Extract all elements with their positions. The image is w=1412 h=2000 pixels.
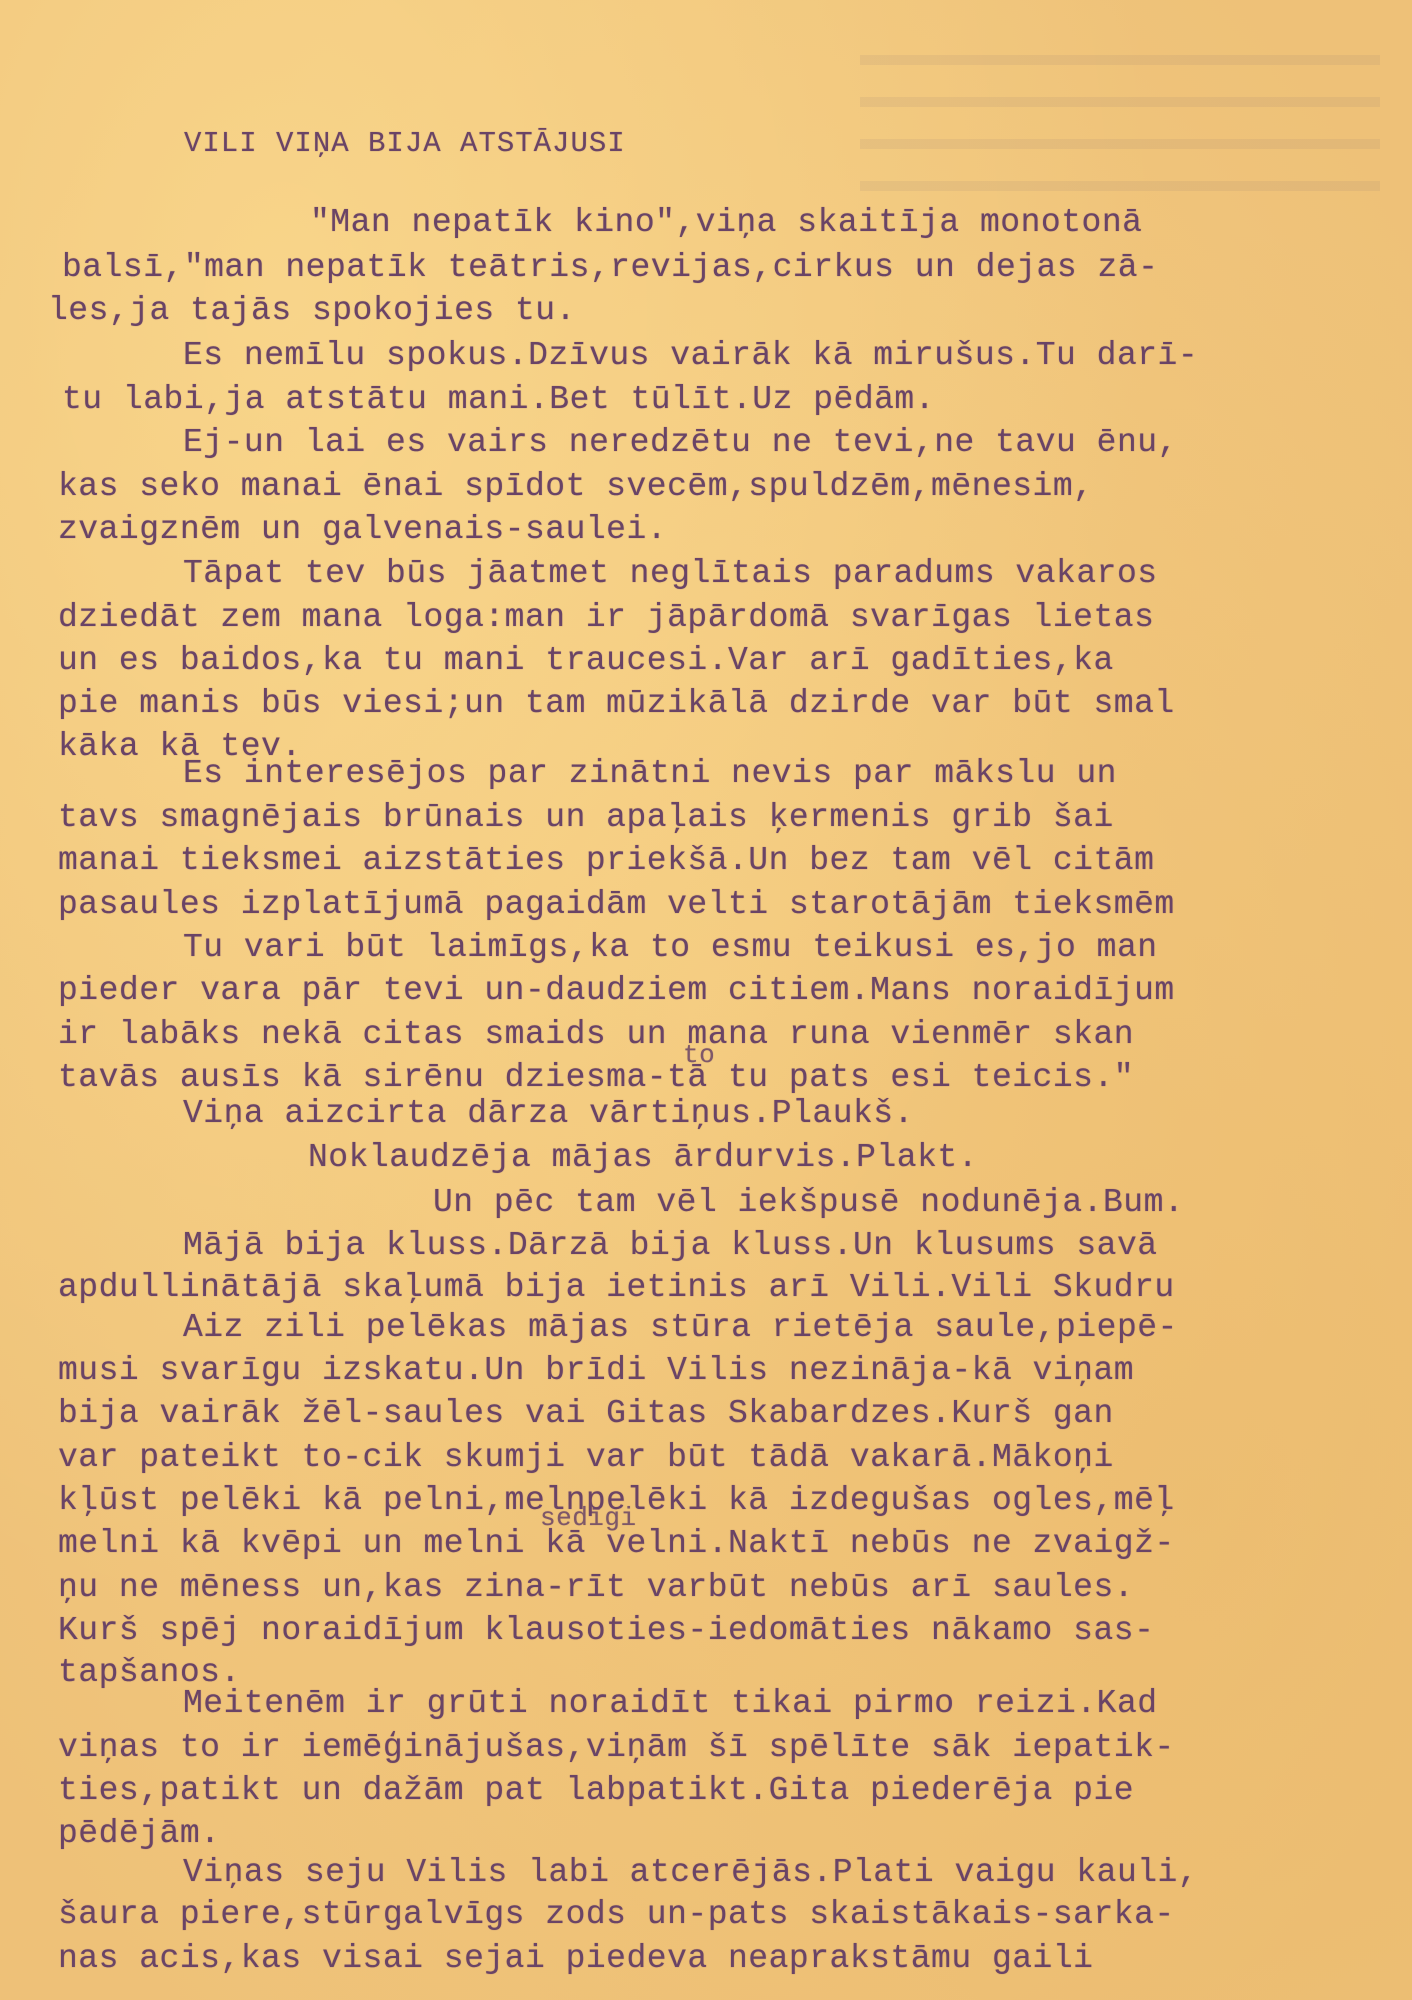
- document-title: VILI VIŅA BIJA ATSTĀJUSI: [184, 126, 626, 162]
- text-line: Noklaudzēja mājas ārdurvis.Plakt.: [308, 1140, 978, 1176]
- text-line: manai tieksmei aizstāties priekšā.Un bez…: [58, 843, 1154, 879]
- text-line: Tu vari būt laimīgs,ka to esmu teikusi e…: [183, 930, 1158, 966]
- text-line: viņas to ir iemēģinājušas,viņām šī spēlī…: [58, 1730, 1175, 1766]
- typed-insertion: sedīgi: [540, 1500, 637, 1536]
- text-line: pieder vara pār tevi un-daudziem citiem.…: [58, 973, 1175, 1009]
- text-line: pēdējām.: [58, 1816, 220, 1852]
- text-line: Ej-un lai es vairs neredzētu ne tevi,ne …: [183, 425, 1178, 461]
- text-line: ties,patikt un dažām pat labpatikt.Gita …: [58, 1773, 1134, 1809]
- text-line: un es baidos,ka tu mani traucesi.Var arī…: [58, 643, 1114, 679]
- text-line: balsī,"man nepatīk teātris,revijas,cirku…: [62, 250, 1158, 286]
- text-line: pie manis būs viesi;un tam mūzikālā dzir…: [58, 686, 1175, 722]
- text-line: apdullinātājā skaļumā bija ietinis arī V…: [58, 1270, 1175, 1306]
- text-line: ņu ne mēness un,kas zina-rīt varbūt nebū…: [58, 1570, 1134, 1606]
- text-line: dziedāt zem mana loga:man ir jāpārdomā s…: [58, 600, 1154, 636]
- bleed-through-text: [860, 55, 1380, 195]
- text-line: var pateikt to-cik skumji var būt tādā v…: [58, 1440, 1114, 1476]
- text-line: Es interesējos par zinātni nevis par māk…: [183, 756, 1117, 792]
- text-line: nas acis,kas visai sejai piedeva neaprak…: [58, 1941, 1093, 1977]
- text-line: Viņas seju Vilis labi atcerējās.Plati va…: [183, 1855, 1198, 1891]
- text-line: Mājā bija kluss.Dārzā bija kluss.Un klus…: [183, 1228, 1158, 1264]
- text-line: bija vairāk žēl-saules vai Gitas Skabard…: [58, 1396, 1114, 1432]
- text-line: Es nemīlu spokus.Dzīvus vairāk kā mirušu…: [183, 338, 1198, 374]
- text-line: pasaules izplatījumā pagaidām velti star…: [58, 887, 1175, 923]
- text-line: zvaigznēm un galvenais-saulei.: [58, 512, 667, 548]
- handwritten-correction: to: [683, 1037, 715, 1073]
- text-line: ir labāks nekā citas smaids un mana runa…: [58, 1017, 1134, 1053]
- text-line: Meitenēm ir grūti noraidīt tikai pirmo r…: [183, 1686, 1158, 1722]
- text-line: tu labi,ja atstātu mani.Bet tūlīt.Uz pēd…: [62, 382, 935, 418]
- text-line: Viņa aizcirta dārza vārtiņus.Plaukš.: [183, 1096, 914, 1132]
- text-line: tavs smagnējais brūnais un apaļais ķerme…: [58, 800, 1114, 836]
- text-line: Kurš spēj noraidījum klausoties-iedomāti…: [58, 1613, 1154, 1649]
- text-line: les,ja tajās spokojies tu.: [48, 293, 576, 329]
- text-line: Un pēc tam vēl iekšpusē nodunēja.Bum.: [433, 1185, 1184, 1221]
- text-line: kas seko manai ēnai spīdot svecēm,spuldz…: [58, 469, 1093, 505]
- text-line: musi svarīgu izskatu.Un brīdi Vilis nezi…: [58, 1353, 1134, 1389]
- text-line: tavās ausīs kā sirēnu dziesma-tā tu pats…: [58, 1060, 1134, 1096]
- text-line: "Man nepatīk kino",viņa skaitīja monoton…: [310, 205, 1142, 241]
- text-line: šaura piere,stūrgalvīgs zods un-pats ska…: [58, 1897, 1175, 1933]
- text-line: Aiz zili pelēkas mājas stūra rietēja sau…: [183, 1310, 1178, 1346]
- text-line: Tāpat tev būs jāatmet neglītais paradums…: [183, 556, 1158, 592]
